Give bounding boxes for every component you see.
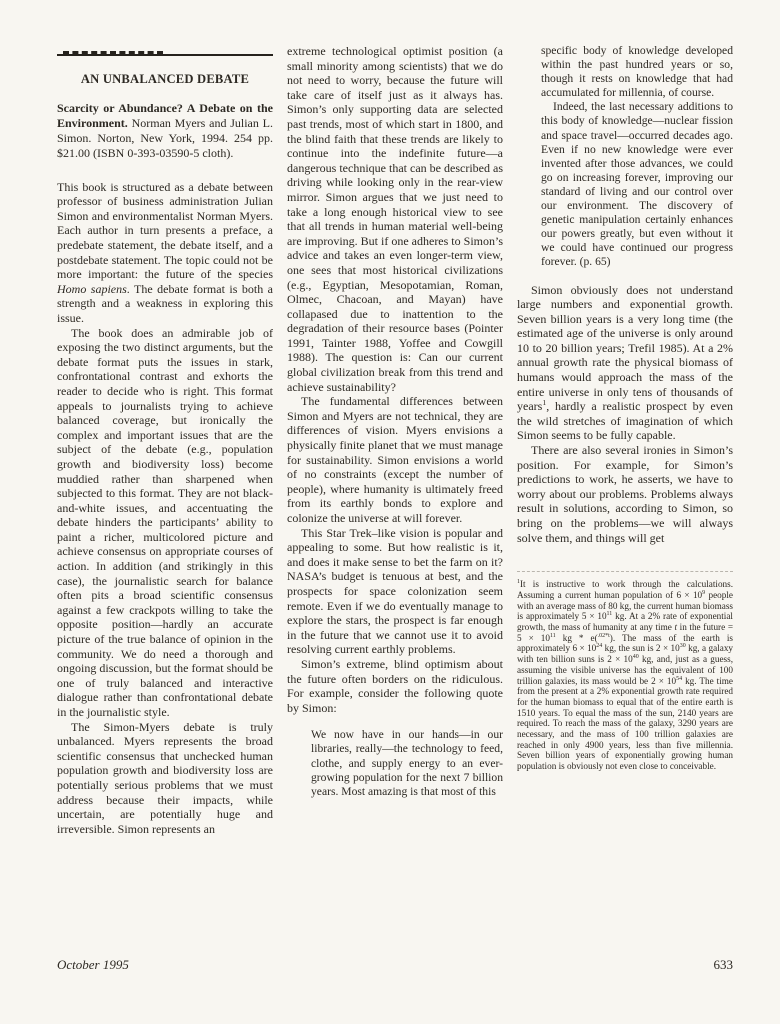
paragraph: 1It is instructive to work through the c…: [517, 579, 733, 772]
paragraph: specific body of knowledge developed wit…: [541, 44, 733, 100]
article-title: AN UNBALANCED DEBATE: [57, 72, 273, 87]
column-1-text: This book is structured as a debate betw…: [57, 180, 273, 837]
footnote-text: 1It is instructive to work through the c…: [517, 579, 733, 772]
page-number: 633: [714, 957, 734, 973]
book-citation: Scarcity or Abundance? A Debate on the E…: [57, 101, 273, 161]
paragraph: Simon’s extreme, blind optimism about th…: [287, 657, 503, 715]
column-3: specific body of knowledge developed wit…: [517, 44, 733, 836]
paragraph: This Star Trek–like vision is popular an…: [287, 526, 503, 657]
journal-page: AN UNBALANCED DEBATE Scarcity or Abundan…: [0, 0, 780, 1024]
section-rule: [57, 54, 273, 56]
paragraph: The Simon-Myers debate is truly unbalanc…: [57, 720, 273, 837]
paragraph: The book does an admirable job of exposi…: [57, 326, 273, 720]
issue-date: October 1995: [57, 957, 129, 973]
paragraph: We now have in our hands—in our librarie…: [311, 728, 503, 798]
column-1: AN UNBALANCED DEBATE Scarcity or Abundan…: [57, 44, 273, 836]
paragraph: The fundamental differences between Simo…: [287, 394, 503, 525]
article-columns: AN UNBALANCED DEBATE Scarcity or Abundan…: [57, 44, 733, 836]
paragraph: Indeed, the last necessary additions to …: [541, 100, 733, 269]
footnote-block: 1It is instructive to work through the c…: [517, 571, 733, 772]
paragraph: This book is structured as a debate betw…: [57, 180, 273, 326]
column-3-text: specific body of knowledge developed wit…: [517, 44, 733, 545]
page-footer: October 1995 633: [57, 957, 733, 973]
paragraph: There are also several ironies in Simon’…: [517, 443, 733, 545]
column-2: extreme technological optimist position …: [287, 44, 503, 836]
paragraph: Simon obviously does not understand larg…: [517, 283, 733, 444]
column-2-text: extreme technological optimist position …: [287, 44, 503, 799]
paragraph: Scarcity or Abundance? A Debate on the E…: [57, 101, 273, 161]
paragraph: extreme technological optimist position …: [287, 44, 503, 394]
